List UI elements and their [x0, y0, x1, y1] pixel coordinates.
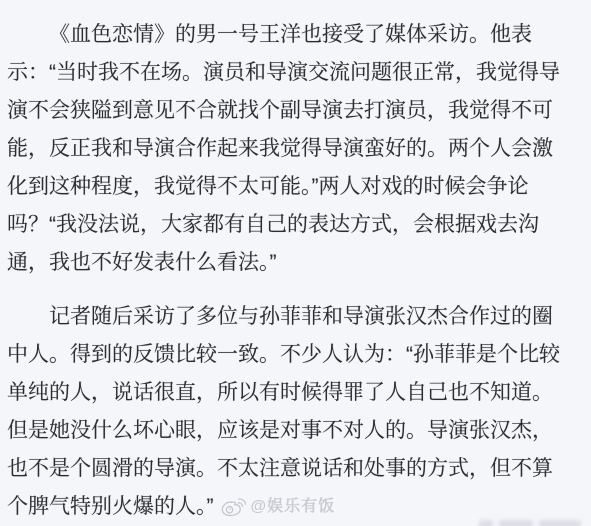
corner-watermark-remnant: [479, 515, 589, 526]
paragraph-2: 记者随后采访了多位与孙菲菲和导演张汉杰合作过的圈 中人。得到的反馈比较一致。不少…: [7, 298, 584, 526]
paragraph-1: 《血色恋情》的男一号王洋也接受了媒体采访。他表 示：“当时我不在场。演员和导演交…: [7, 16, 584, 282]
paragraph-1-text: 《血色恋情》的男一号王洋也接受了媒体采访。他表 示：“当时我不在场。演员和导演交…: [7, 23, 560, 274]
weibo-icon: [220, 496, 246, 518]
article-screenshot: 《血色恋情》的男一号王洋也接受了媒体采访。他表 示：“当时我不在场。演员和导演交…: [0, 0, 591, 526]
watermark: @娱乐有饭: [220, 488, 336, 526]
paragraph-2-text: 记者随后采访了多位与孙菲菲和导演张汉杰合作过的圈 中人。得到的反馈比较一致。不少…: [7, 305, 560, 518]
watermark-handle: @娱乐有饭: [251, 488, 336, 526]
